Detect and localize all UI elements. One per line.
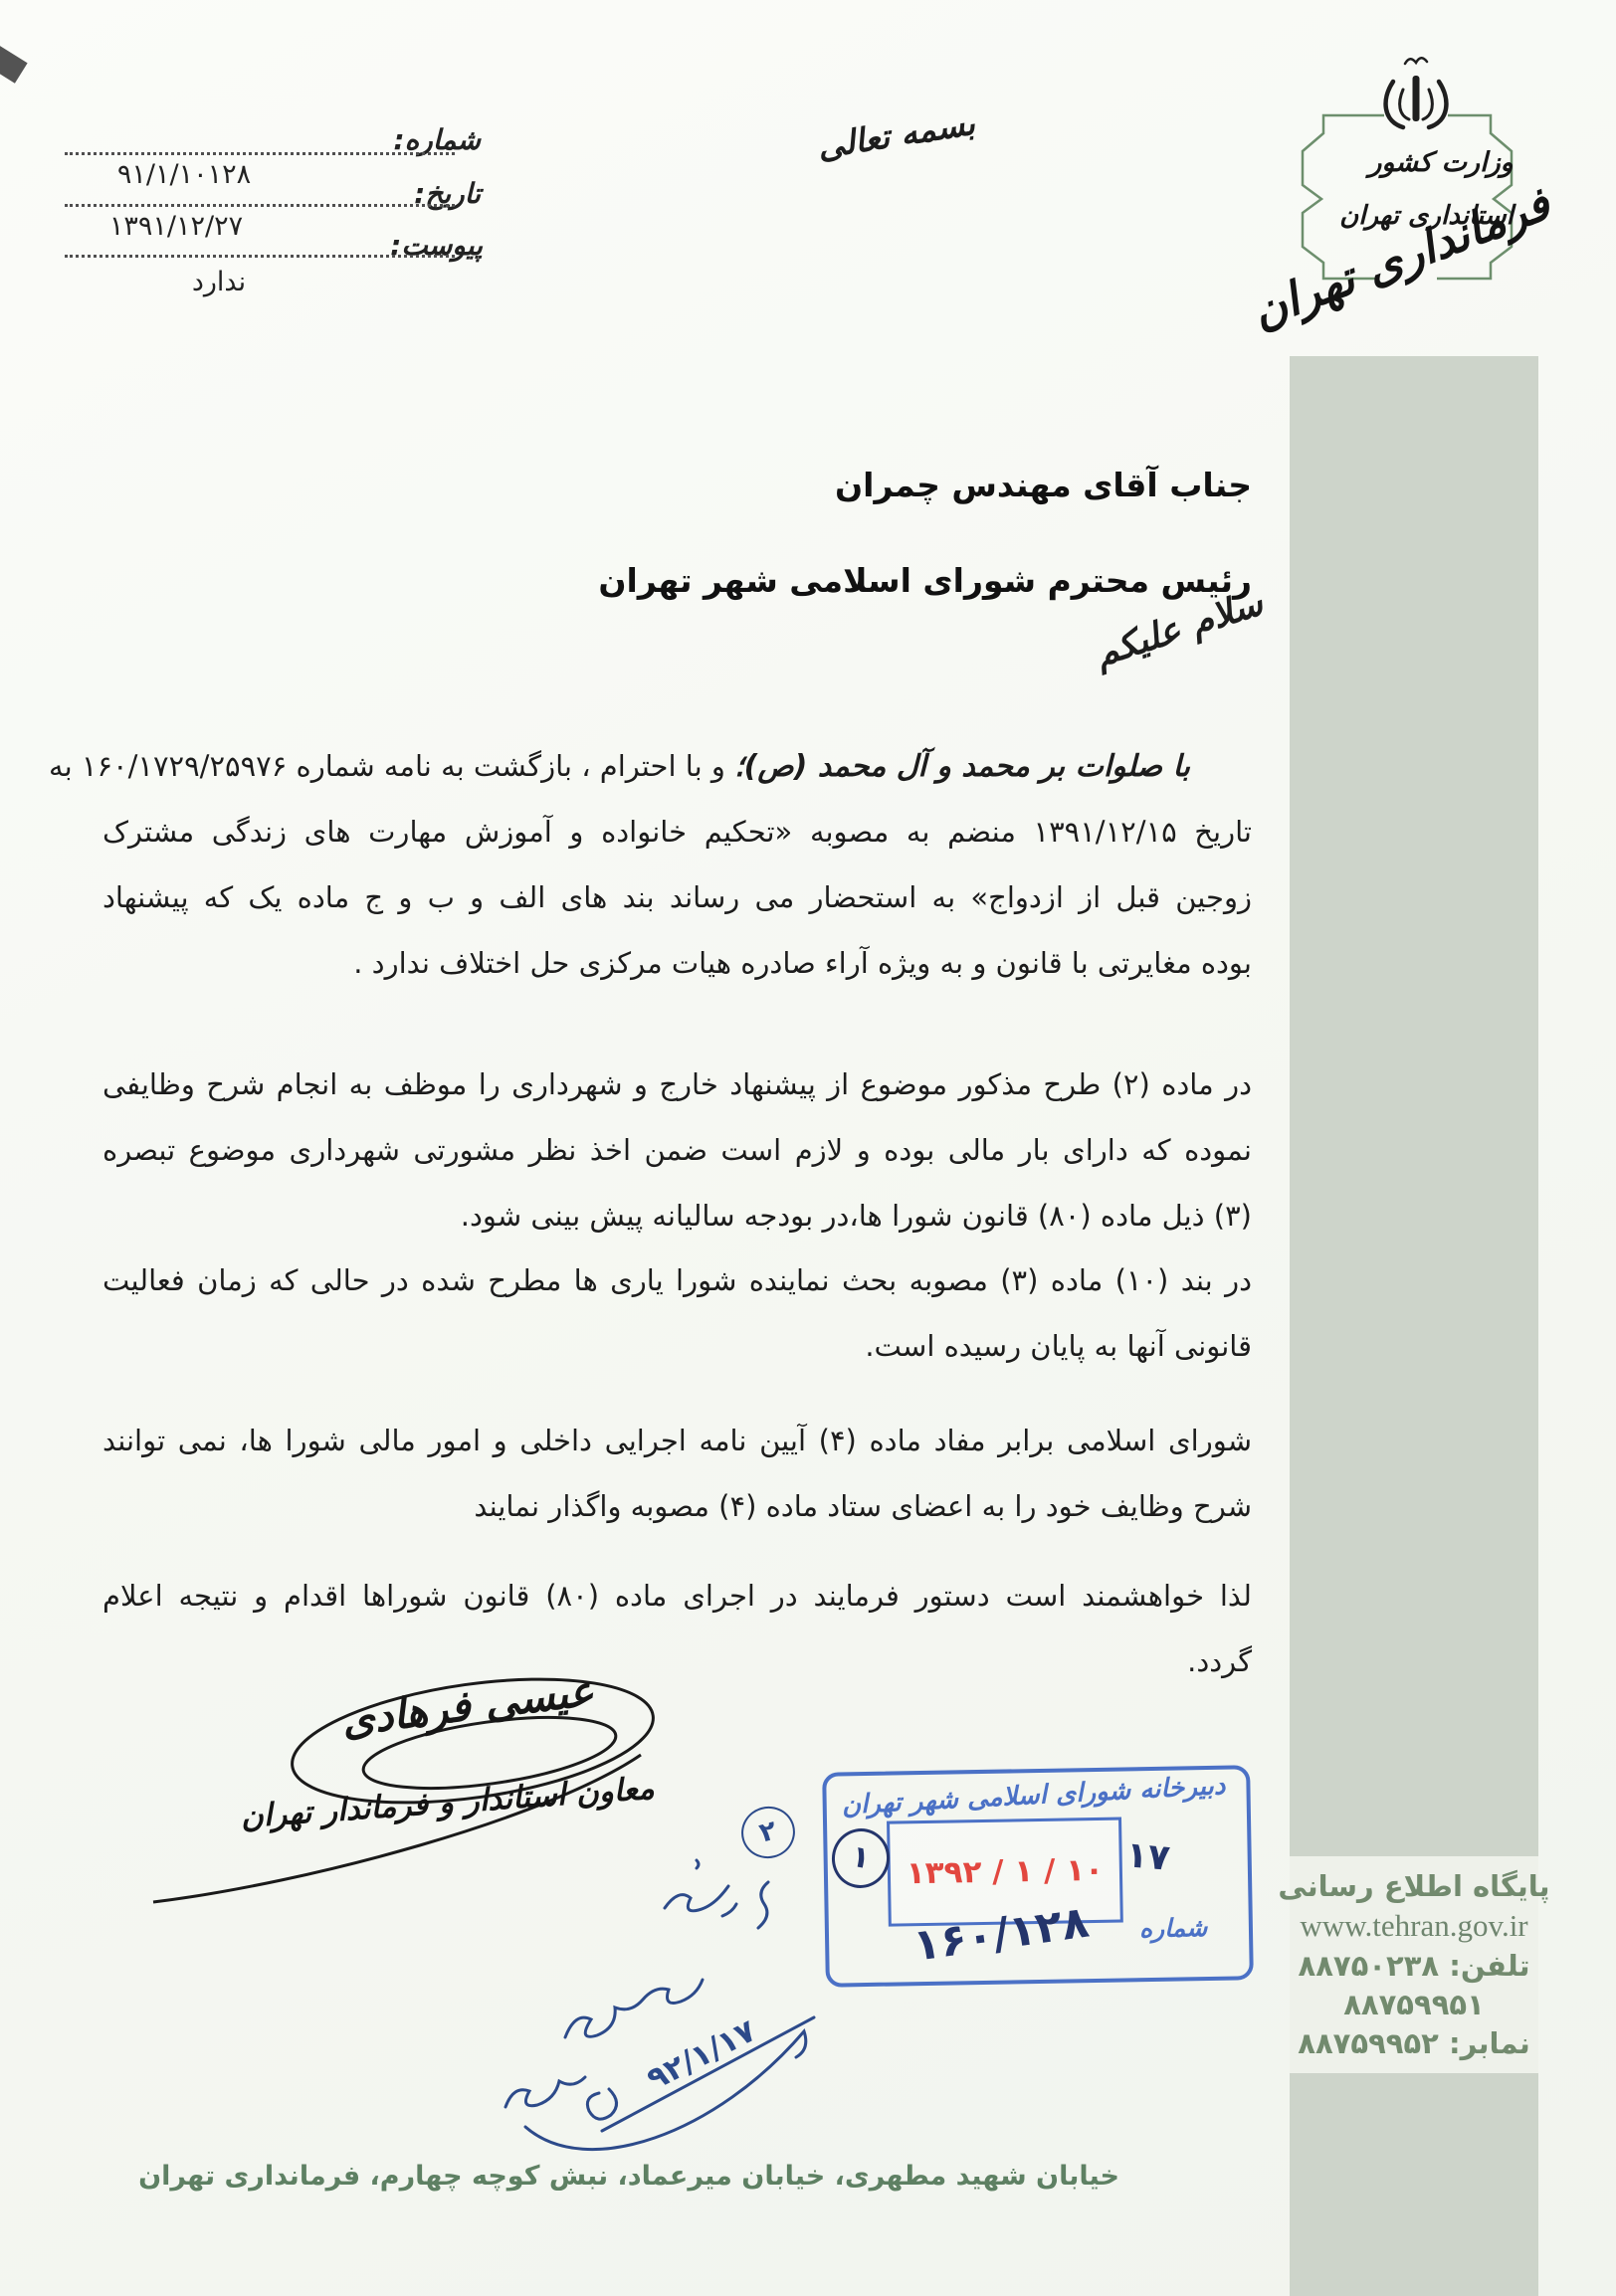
phone-label: تلفن: [1449, 1949, 1529, 1983]
iran-emblem-icon [1386, 58, 1447, 127]
fax-label: نمابر: [1449, 2026, 1530, 2060]
body-line: تاریخ ۱۳۹۱/۱۲/۱۵ منضم به مصوبه «تحکیم خا… [102, 799, 1252, 864]
ref-attachment-value: ندارد [109, 267, 328, 297]
stamp-number-label: شماره [1139, 1913, 1208, 1943]
fax-line: نمابر: ۸۸۷۵۹۹۵۲ [1298, 2026, 1529, 2060]
phone-number-2: ۸۸۷۵۹۹۵۱ [1343, 1988, 1485, 2021]
recipient-title: رئیس محترم شورای اسلامی شهر تهران [697, 561, 1252, 600]
body-line: در ماده (۲) طرح مذکور موضوع از پیشنهاد خ… [102, 1052, 1252, 1117]
body-line: زوجین قبل از ازدواج» به استحضار می رساند… [102, 864, 1252, 930]
body-line: لذا خواهشمند است دستور فرمایند در اجرای … [102, 1563, 1252, 1628]
ref-date-value: ۱۳۹۱/۱۲/۲۷ [62, 211, 291, 242]
body-line: با صلوات بر محمد و آل محمد (ص)؛ و با احت… [102, 733, 1252, 799]
ref-date-dotted-line [65, 204, 455, 207]
info-portal-label: پایگاه اطلاع رسانی [1278, 1869, 1549, 1903]
scan-corner-mark [0, 44, 28, 83]
body-line: (۳) ذیل ماده (۸۰) قانون شورا ها،در بودجه… [102, 1183, 1252, 1248]
paragraph-1: با صلوات بر محمد و آل محمد (ص)؛ و با احت… [102, 733, 1252, 996]
contact-info-box: پایگاه اطلاع رسانی www.tehran.gov.ir تلف… [1290, 1856, 1538, 2073]
stamp-header-text: دبیرخانه شورای اسلامی شهر تهران [834, 1771, 1233, 1821]
body-line: در بند (۱۰) ماده (۳) مصوبه بحث نماینده ش… [102, 1247, 1252, 1313]
recipient-name: جناب آقای مهندس چمران [697, 466, 1252, 504]
ref-number-value: ۹۱/۱/۱۰۱۲۸ [70, 159, 299, 190]
body-text: و با احترام ، بازگشت به نامه شماره ۱۶۰/۱… [49, 749, 734, 783]
body-line: نموده که دارای بار مالی بوده و لازم است … [102, 1117, 1252, 1183]
ministry-name: وزارت کشور [1351, 147, 1530, 178]
phone-number-1: ۸۸۷۵۰۲۳۸ [1299, 1949, 1440, 1983]
ref-number-dotted-line [65, 152, 455, 155]
stamp-handwritten-17: ۱۷ [1124, 1834, 1171, 1879]
body-line: قانونی آنها به پایان رسیده است. [102, 1313, 1252, 1379]
ref-attachment-dotted-line [65, 255, 455, 258]
body-line: شرح وظایف خود را به اعضای ستاد ماده (۴) … [102, 1473, 1252, 1539]
besmeleh: بسمه تعالی [792, 99, 1000, 170]
paragraph-3: در بند (۱۰) ماده (۳) مصوبه بحث نماینده ش… [102, 1247, 1252, 1379]
footer-address: خیابان شهید مطهری، خیابان میرعماد، نبش ک… [224, 2161, 1119, 2192]
phone-line: تلفن: ۸۸۷۵۰۲۳۸ [1299, 1949, 1530, 1983]
scanned-letter-page: پایگاه اطلاع رسانی www.tehran.gov.ir تلف… [0, 0, 1616, 2296]
secretariat-stamp: دبیرخانه شورای اسلامی شهر تهران ۱۳۹۲ / ۱… [822, 1765, 1254, 1987]
stamp-red-date: ۱۳۹۲ / ۱ / ۱۰ [891, 1852, 1120, 1892]
salawat-calligraphy: با صلوات بر محمد و آل محمد (ص)؛ [734, 749, 1190, 784]
website-url: www.tehran.gov.ir [1300, 1908, 1527, 1944]
paragraph-4: شورای اسلامی برابر مفاد ماده (۴) آیین نا… [102, 1408, 1252, 1539]
fax-number: ۸۸۷۵۹۹۵۲ [1298, 2026, 1439, 2060]
body-line: بوده مغایرتی با قانون و به ویژه آراء صاد… [102, 930, 1252, 996]
paragraph-2: در ماده (۲) طرح مذکور موضوع از پیشنهاد خ… [102, 1052, 1252, 1248]
body-line: شورای اسلامی برابر مفاد ماده (۴) آیین نا… [102, 1408, 1252, 1473]
